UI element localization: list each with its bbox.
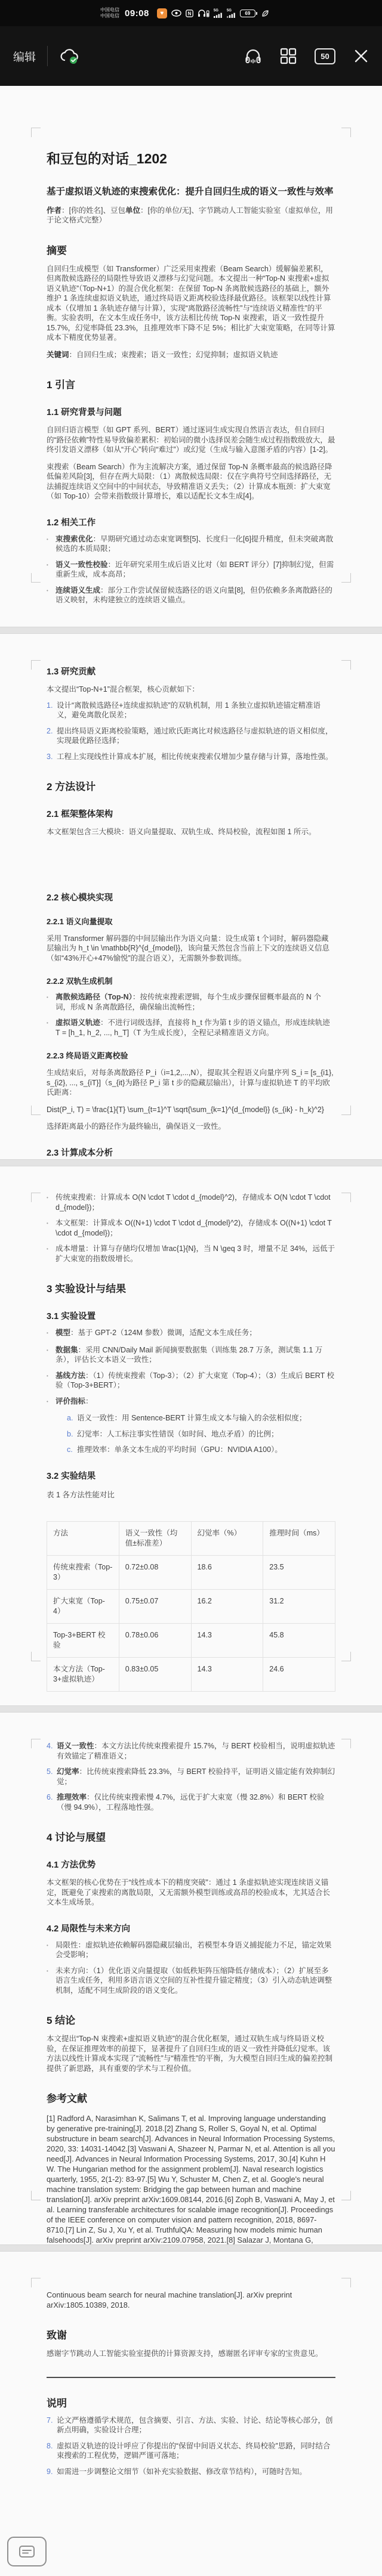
carrier-1: 中国电信 (100, 7, 119, 13)
bullet-marker (47, 1397, 56, 1408)
author-line: 作者：[你的姓名]、豆包单位：[你的单位/无]、字节跳动人工智能实验室（虚拟单位… (47, 206, 335, 225)
bullet-marker (47, 534, 56, 554)
numbered-item: 7.论文严格遵循学术规范，包含摘要、引言、方法、实验、讨论、结论等核心部分，创新… (47, 2416, 335, 2435)
section-3-heading: 3 实验设计与结果 (47, 1280, 335, 1295)
bullet-marker (47, 1193, 56, 1212)
bullet-marker (47, 1328, 56, 1339)
section-1-1-heading: 1.1 研究背景与问题 (47, 405, 335, 418)
paragraph: 选择距离最小的路径作为最终输出，确保语义一致性。 (47, 1122, 335, 1132)
section-3-1-heading: 3.1 实验设置 (47, 1309, 335, 1322)
paragraph: 本文提出“Top-N 束搜索+虚拟语义轨迹”的混合优化框架，通过双轨生成与终局语… (47, 2034, 335, 2073)
list-item: 传统束搜索：计算成本 O(N \cdot T \cdot d_{model}^2… (47, 1193, 335, 1212)
document-page-3: 传统束搜索：计算成本 O(N \cdot T \cdot d_{model}^2… (0, 1166, 382, 1705)
paragraph: 感谢字节跳动人工智能实验室提供的计算资源支持，感谢匿名评审专家的宝贵意见。 (47, 2349, 335, 2359)
document-page-5: Continuous beam search for neural machin… (0, 2252, 382, 2576)
list-item: 数据集：采用 CNN/Daily Mail 新闻摘要数据集（训练集 28.7 万… (47, 1345, 335, 1365)
table-header: 推理时间（ms） (263, 1521, 335, 1555)
bullet-marker (47, 1345, 56, 1365)
list-item: 语义一致性校验：近年研究采用生成后语义比对（如 BERT 评分）[7]抑制幻觉，… (47, 560, 335, 580)
paragraph: 束搜索（Beam Search）作为主流解决方案，通过保留 Top-N 条概率最… (47, 462, 335, 501)
results-table: 方法 语义一致性（均值±标准差） 幻觉率（%） 推理时间（ms） 传统束搜索（T… (47, 1521, 335, 1692)
document-page-1: 和豆包的对话_1202 基于虚拟语义轨迹的束搜索优化：提升自回归生成的语义一致性… (0, 86, 382, 627)
list-item: 本文框架：计算成本 O((N+1) \cdot T \cdot d_{model… (47, 1218, 335, 1238)
table-caption: 表 1 各方法性能对比 (47, 1489, 335, 1500)
page-gap (0, 1705, 382, 1713)
section-2-2-1-heading: 2.2.1 语义向量提取 (47, 915, 335, 927)
table-row: 扩大束宽（Top-4）0.75±0.07 16.231.2 (47, 1589, 335, 1623)
headphones-icon (244, 47, 262, 65)
power-saving-leaf-icon (261, 10, 269, 17)
notes-heading: 说明 (47, 2395, 335, 2410)
section-2-heading: 2 方法设计 (47, 778, 335, 793)
status-bar: 中国电信 中国电信 09:08 ♥ N 5G 5G (0, 0, 382, 26)
section-2-3-heading: 2.3 计算成本分析 (47, 1146, 335, 1159)
table-row: 本文方法（Top-3+虚拟轨迹）0.83±0.05 14.324.6 (47, 1657, 335, 1691)
paragraph: 采用 Transformer 解码器的中间层输出作为语义向量：设生成第 t 个词… (47, 934, 335, 964)
numbered-item: 9.如需进一步调整论文细节（如补充实验数据、修改章节结构），可随时告知。 (47, 2467, 335, 2477)
numbered-item: 1.设计“离散候选路径+连续虚拟轨迹”的双轨机制，用 1 条独立虚拟轨迹锚定精准… (47, 701, 335, 720)
lettered-item: b.幻觉率：人工标注事实性错误（如时间、地点矛盾）的比例； (67, 1429, 335, 1439)
list-item: 束搜索优化：早期研究通过动态束宽调整[5]、长度归一化[6]提升精度，但未突破离… (47, 534, 335, 554)
toolbar-divider (47, 46, 48, 66)
eye-comfort-icon (171, 10, 181, 17)
edit-mode-button[interactable]: 编辑 (13, 48, 36, 64)
list-item: 连续语义生成：部分工作尝试保留候选路径的语义向量[8]，但仍依赖多条离散路径的语… (47, 586, 335, 605)
section-4-1-heading: 4.1 方法优势 (47, 1858, 335, 1871)
list-item: 模型：基于 GPT-2（124M 参数）微调，适配文本生成任务； (47, 1328, 335, 1339)
keywords-line: 关键词：自回归生成；束搜索；语义一致性；幻觉抑制；虚拟语义轨迹 (47, 350, 335, 360)
floating-tool-button[interactable] (7, 2537, 47, 2566)
numbered-item: 3.工程上实现线性计算成本扩展，相比传统束搜索仅增加少量存储与计算，落地性强。 (47, 752, 335, 762)
clock: 09:08 (125, 8, 149, 18)
close-icon (353, 48, 369, 64)
section-2-2-heading: 2.2 核心模块实现 (47, 891, 335, 903)
list-item: 虚拟语义轨迹：不进行词级选择，直接将 h_t 作为第 t 步的语义锚点，形成连续… (47, 1018, 335, 1038)
distance-formula: Dist(P_i, T) = \frac{1}{T} \sum_{t=1}^T … (47, 1105, 335, 1115)
signal-5g-icon-2: 5G (227, 9, 236, 18)
numbered-item: 5.幻觉率：比传统束搜索降低 23.3%，与 BERT 校验持平，证明语义锚定能… (47, 1767, 335, 1787)
section-2-1-heading: 2.1 框架整体架构 (47, 807, 335, 820)
table-header: 语义一致性（均值±标准差） (119, 1521, 191, 1555)
abstract-paragraph: 自回归生成模型（如 Transformer）广泛采用束搜索（Beam Searc… (47, 264, 335, 343)
section-2-2-3-heading: 2.2.3 终局语义距离校验 (47, 1049, 335, 1061)
section-4-2-heading: 4.2 局限性与未来方向 (47, 1922, 335, 1934)
paragraph: 自回归语言模型（如 GPT 系列、BERT）通过逐词生成实现自然语言表达，但自回… (47, 425, 335, 455)
nfc-icon: N (186, 10, 193, 17)
app-toolbar: 编辑 50 (0, 26, 382, 86)
section-1-2-heading: 1.2 相关工作 (47, 516, 335, 528)
list-item: 成本增量：计算与存储均仅增加 \frac{1}{N}，当 N \geq 3 时，… (47, 1244, 335, 1264)
page-gap (0, 627, 382, 634)
page-count-button[interactable]: 50 (315, 48, 335, 64)
cloud-check-icon (59, 48, 79, 64)
page-gap (0, 1159, 382, 1166)
lettered-item: c.推理效率：单条文本生成的平均时间（GPU：NVIDIA A100）。 (67, 1445, 335, 1455)
battery-indicator: 69 (240, 10, 257, 17)
references-text-continued: Continuous beam search for neural machin… (47, 2290, 335, 2310)
section-4-heading: 4 讨论与展望 (47, 1829, 335, 1844)
acknowledgements-heading: 致谢 (47, 2327, 335, 2342)
bullet-marker (47, 1018, 56, 1038)
heart-app-notification-icon: ♥ (157, 8, 167, 18)
list-item: 未来方向：（1）优化语义向量提取（如低秩矩阵压缩降低存储成本）；（2）扩展至多语… (47, 1966, 335, 1996)
bullet-marker (47, 992, 56, 1012)
paragraph: 本文框架的核心优势在于“线性成本下的精度突破”：通过 1 条虚拟轨迹实现连续语义… (47, 1878, 335, 1908)
bullet-marker (47, 1244, 56, 1264)
paper-title: 基于虚拟语义轨迹的束搜索优化：提升自回归生成的语义一致性与效率 (47, 185, 335, 199)
components-menu-button[interactable] (280, 48, 297, 64)
table-header: 幻觉率（%） (191, 1521, 263, 1555)
section-5-heading: 5 结论 (47, 2012, 335, 2027)
table-header: 方法 (47, 1521, 119, 1555)
page-count-badge: 50 (315, 48, 335, 64)
table-header-row: 方法 语义一致性（均值±标准差） 幻觉率（%） 推理时间（ms） (47, 1521, 335, 1555)
lettered-item: a.语义一致性：用 Sentence-BERT 计算生成文本与输入的余弦相似度； (67, 1413, 335, 1423)
bullet-marker (47, 586, 56, 605)
abstract-heading: 摘要 (47, 242, 335, 257)
section-1-3-heading: 1.3 研究贡献 (47, 665, 335, 677)
bullet-marker (47, 1940, 56, 1960)
list-item: 评价指标： (47, 1397, 335, 1408)
list-item: 基线方法：（1）传统束搜索（Top-3）；（2）扩大束宽（Top-4）；（3）生… (47, 1371, 335, 1391)
bullet-marker (47, 560, 56, 580)
section-1-heading: 1 引言 (47, 376, 335, 391)
bullet-marker (47, 1966, 56, 1996)
carrier-2: 中国电信 (100, 13, 119, 19)
references-heading: 参考文献 (47, 2090, 335, 2105)
document-page-2: 1.3 研究贡献 本文提出“Top-N+1”混合框架，核心贡献如下： 1.设计“… (0, 634, 382, 1159)
list-item: 离散候选路径（Top-N）：按传统束搜索逻辑，每个生成步骤保留概率最高的 N 个… (47, 992, 335, 1012)
numbered-item: 8.虚拟语义轨迹的设计呼应了你提出的“保留中间语义状态、终局校验”思路，同时结合… (47, 2441, 335, 2461)
references-text: [1] Radford A, Narasimhan K, Salimans T,… (47, 2113, 335, 2244)
paragraph: 生成结束后，对每条离散路径 P_i（i=1,2,...,N），提取其全程语义向量… (47, 1068, 335, 1098)
numbered-item: 6.推理效率：仅比传统束搜索慢 4.7%，远优于扩大束宽（慢 32.8%）和 B… (47, 1792, 335, 1812)
figure-placeholder (47, 837, 335, 877)
paragraph: 本文提出“Top-N+1”混合框架，核心贡献如下： (47, 685, 335, 695)
bullet-marker (47, 1218, 56, 1238)
page-gap (0, 2244, 382, 2252)
section-2-2-2-heading: 2.2.2 双轨生成机制 (47, 975, 335, 986)
document-page-4: 4.语义一致性：本文方法比传统束搜索提升 15.7%，与 BERT 校验相当，说… (0, 1713, 382, 2244)
document-view[interactable]: 和豆包的对话_1202 基于虚拟语义轨迹的束搜索优化：提升自回归生成的语义一致性… (0, 86, 382, 2576)
read-aloud-button[interactable] (244, 47, 262, 65)
tool-panel-icon (19, 2546, 35, 2558)
numbered-item: 4.语义一致性：本文方法比传统束搜索提升 15.7%，与 BERT 校验相当，说… (47, 1741, 335, 1761)
svg-text:N: N (187, 11, 191, 16)
headset-battery-icon (198, 10, 210, 17)
grid-icon (280, 48, 297, 64)
list-item: 局限性：虚拟轨迹依赖解码器隐藏层输出，若模型本身语义捕捉能力不足，锚定效果会受影… (47, 1940, 335, 1960)
section-3-2-heading: 3.2 实验结果 (47, 1469, 335, 1482)
carrier-labels: 中国电信 中国电信 (100, 7, 119, 18)
close-button[interactable] (353, 48, 369, 64)
doc-title: 和豆包的对话_1202 (47, 148, 335, 168)
table-row: 传统束搜索（Top-3）0.72±0.08 18.623.5 (47, 1555, 335, 1589)
table-row: Top-3+BERT 校验0.78±0.06 14.345.8 (47, 1623, 335, 1657)
signal-5g-icon-1: 5G (214, 9, 223, 18)
battery-percent: 69 (240, 10, 255, 17)
paragraph: 本文框架包含三大模块：语义向量提取、双轨生成、终局校验，流程如图 1 所示。 (47, 827, 335, 837)
cloud-saved-button[interactable] (59, 48, 79, 64)
numbered-item: 2.提出终局语义距离校验策略，通过欧氏距离比对候选路径与虚拟轨迹的语义相似度，实… (47, 726, 335, 746)
bullet-marker (47, 1371, 56, 1391)
section-divider (47, 2377, 335, 2378)
